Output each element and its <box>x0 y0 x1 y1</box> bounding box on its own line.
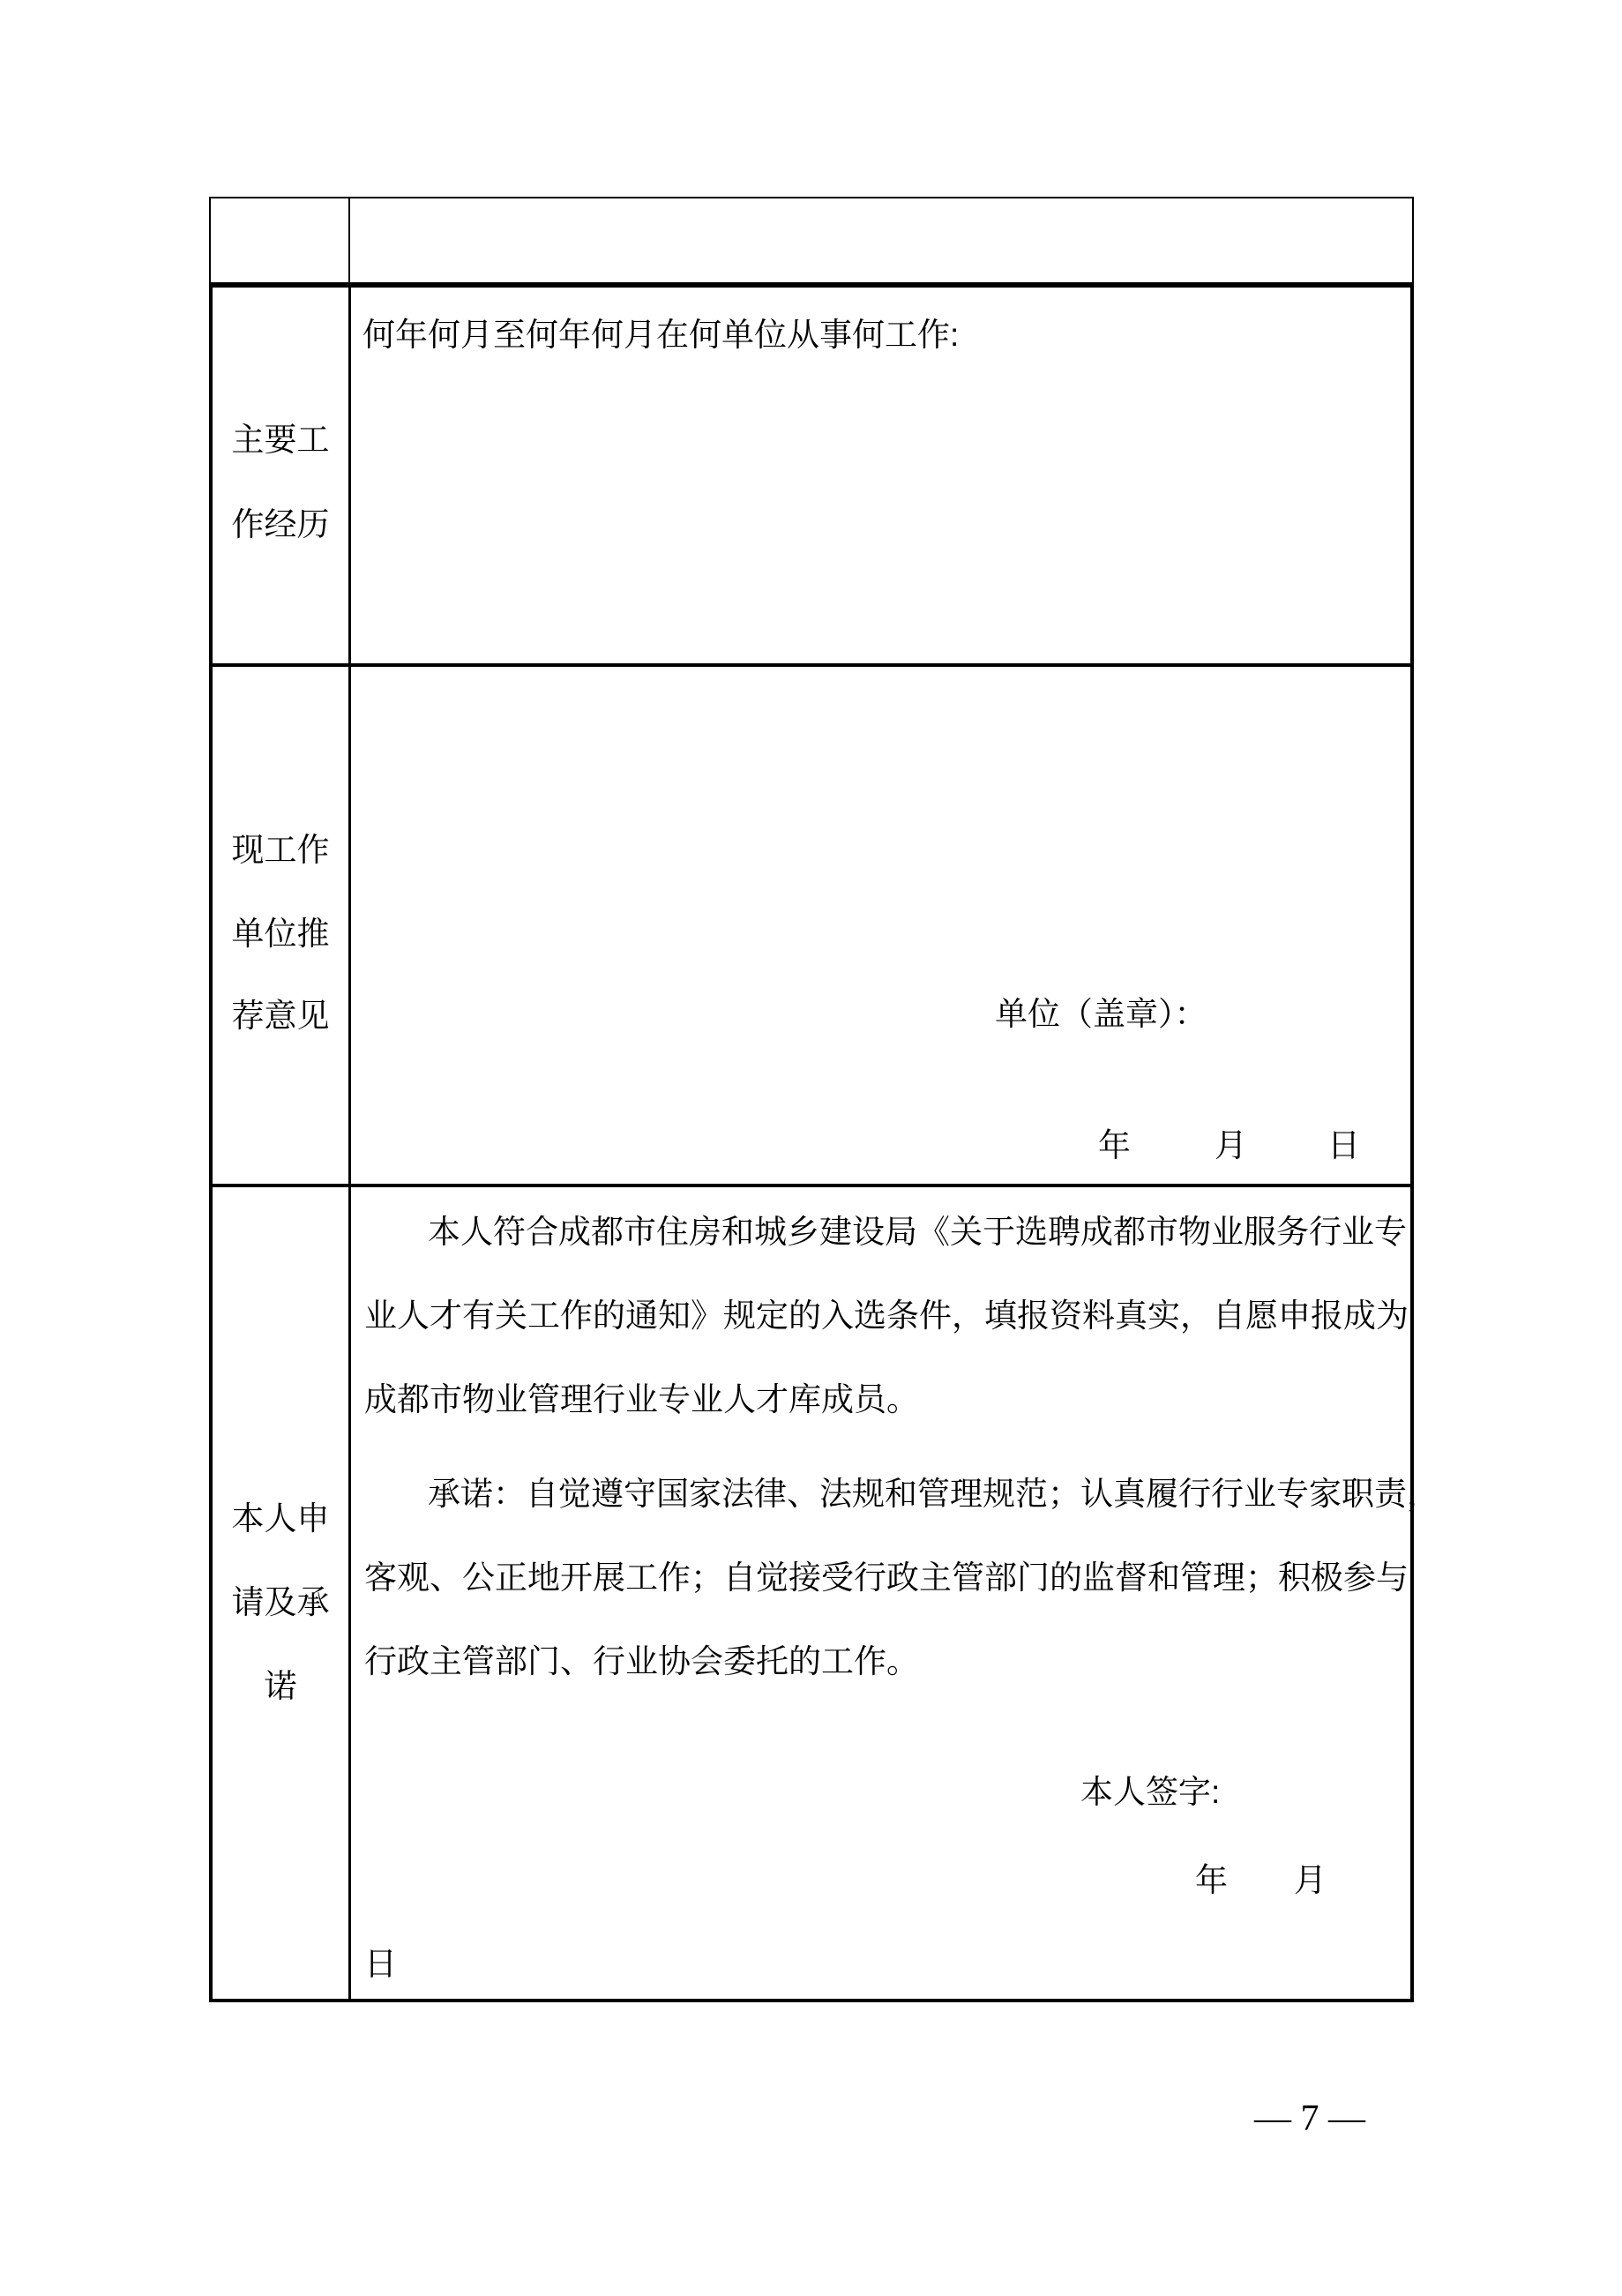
recommendation-day-label: 日 <box>1327 1126 1360 1165</box>
recommendation-month-label: 月 <box>1215 1126 1247 1165</box>
declaration-para2-line1: 承诺：自觉遵守国家法律、法规和管理规范；认真履行行业专家职责， <box>428 1475 1439 1514</box>
declaration-para1-line1: 本人符合成都市住房和城乡建设局《关于选聘成都市物业服务行业专 <box>428 1213 1407 1252</box>
form-document-page: 主要工 作经历 何年何月至何年何月在何单位从事何工作: 现工作 单位推 荐意见 … <box>0 0 1622 2296</box>
declaration-label-line1: 本人申 <box>213 1500 348 1538</box>
declaration-para2-line2: 客观、公正地开展工作；自觉接受行政主管部门的监督和管理；积极参与 <box>364 1559 1409 1597</box>
column-divider <box>348 288 351 1999</box>
declaration-year-label: 年 <box>1195 1861 1228 1900</box>
page-number: — 7 — <box>1230 2099 1389 2138</box>
unit-stamp-label: 单位（盖章）： <box>995 995 1207 1034</box>
recommendation-label-line2: 单位推 <box>213 915 348 954</box>
recommendation-label-line3: 荐意见 <box>213 997 348 1036</box>
work-history-label-line2: 作经历 <box>213 505 348 544</box>
declaration-para1-line3: 成都市物业管理行业专业人才库成员。 <box>364 1380 919 1419</box>
declaration-para2-line3: 行政主管部门、行业协会委托的工作。 <box>364 1642 919 1681</box>
declaration-label-line2: 请及承 <box>213 1583 348 1622</box>
row-divider <box>213 1184 1410 1187</box>
declaration-day-label: 日 <box>364 1945 397 1984</box>
work-history-label-line1: 主要工 <box>213 421 348 460</box>
recommendation-label-line1: 现工作 <box>213 831 348 870</box>
work-history-prompt: 何年何月至何年何月在何单位从事何工作: <box>363 316 959 355</box>
column-divider <box>348 198 350 282</box>
declaration-month-label: 月 <box>1294 1861 1327 1900</box>
signature-label: 本人签字: <box>1080 1773 1220 1812</box>
form-table: 主要工 作经历 何年何月至何年何月在何单位从事何工作: 现工作 单位推 荐意见 … <box>209 284 1414 2002</box>
table-row-empty <box>209 197 1414 284</box>
declaration-para1-line2: 业人才有关工作的通知》规定的入选条件，填报资料真实，自愿申报成为 <box>364 1297 1409 1335</box>
recommendation-year-label: 年 <box>1098 1126 1131 1165</box>
declaration-label-line3: 诺 <box>213 1667 348 1706</box>
row-divider <box>213 663 1410 667</box>
